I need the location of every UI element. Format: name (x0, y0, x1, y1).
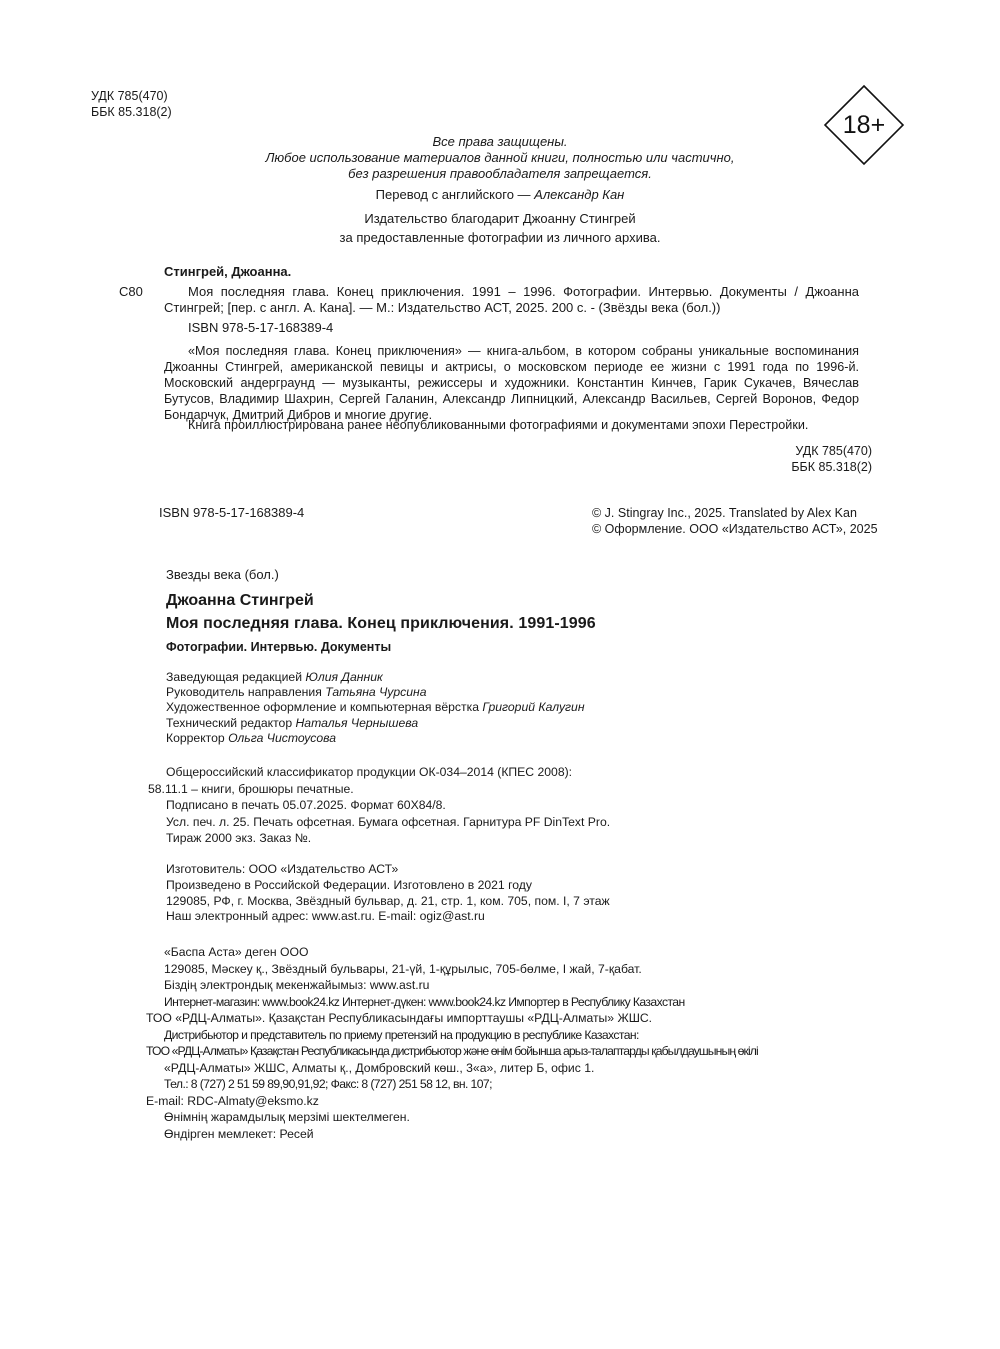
kz-line: E-mail: RDC-Almaty@eksmo.kz (146, 1093, 758, 1110)
bbk-code: ББК 85.318(2) (91, 104, 172, 120)
credit-line: Заведующая редакцией Юлия Данник (166, 670, 585, 685)
thanks-line: за предоставленные фотографии из личного… (150, 228, 850, 247)
spec-line: Тираж 2000 экз. Заказ №. (148, 830, 610, 847)
spec-line: Общероссийский классификатор продукции О… (148, 764, 610, 781)
copyright-line: © Оформление. ООО «Издательство АСТ», 20… (592, 521, 878, 537)
spec-line: Усл. печ. л. 25. Печать офсетная. Бумага… (148, 814, 610, 831)
credit-name: Юлия Данник (305, 670, 382, 684)
spec-line: Подписано в печать 05.07.2025. Формат 60… (148, 797, 610, 814)
credit-role: Технический редактор (166, 716, 296, 730)
manufacturer-info: Изготовитель: ООО «Издательство АСТ» Про… (166, 862, 610, 925)
udk-bbk-bottom: УДК 785(470) ББК 85.318(2) (700, 443, 872, 475)
manufacturer-line: Произведено в Российской Федерации. Изго… (166, 878, 610, 894)
kz-line: ТОО «РДЦ-Алматы» Қазақстан Республикасын… (146, 1043, 758, 1060)
udk-code: УДК 785(470) (700, 443, 872, 459)
manufacturer-line: Изготовитель: ООО «Издательство АСТ» (166, 862, 610, 878)
kz-line: Интернет-магазин: www.book24.kz Интернет… (146, 994, 758, 1011)
kz-line: Дистрибьютор и представитель по приему п… (146, 1027, 758, 1044)
udk-bbk-top: УДК 785(470) ББК 85.318(2) (91, 88, 172, 120)
annotation-note: Книга проиллюстрирована ранее неопублико… (188, 418, 808, 432)
catalog-isbn: ISBN 978-5-17-168389-4 (188, 320, 333, 335)
catalog-code: С80 (119, 284, 143, 299)
series-name: Звезды века (бол.) (166, 567, 279, 582)
rights-line: Любое использование материалов данной кн… (150, 150, 850, 166)
kz-line: Біздің электрондық мекенжайымыз: www.ast… (146, 977, 758, 994)
rights-line: Все права защищены. (150, 134, 850, 150)
kz-line: Өндірген мемлекет: Ресей (146, 1126, 758, 1143)
isbn-main: ISBN 978-5-17-168389-4 (159, 505, 304, 520)
kz-line: ТОО «РДЦ-Алматы». Қазақстан Республикасы… (146, 1010, 758, 1027)
credit-line: Корректор Ольга Чистоусова (166, 731, 585, 746)
book-author: Джоанна Стингрей (166, 592, 314, 610)
translation-prefix: Перевод с английского — (376, 187, 535, 202)
credit-role: Руководитель направления (166, 685, 325, 699)
udk-code: УДК 785(470) (91, 88, 172, 104)
credit-line: Руководитель направления Татьяна Чурсина (166, 685, 585, 700)
credit-name: Григорий Калугин (482, 700, 584, 714)
translation-credit: Перевод с английского — Александр Кан (150, 187, 850, 202)
spec-line: 58.11.1 – книги, брошюры печатные. (148, 781, 610, 798)
manufacturer-line: Наш электронный адрес: www.ast.ru. E-mai… (166, 909, 610, 925)
manufacturer-line: 129085, РФ, г. Москва, Звёздный бульвар,… (166, 894, 610, 910)
credit-line: Технический редактор Наталья Чернышева (166, 716, 585, 731)
kz-line: «РДЦ-Алматы» ЖШС, Алматы қ., Домбровский… (146, 1060, 758, 1077)
bibliographic-description: Моя последняя глава. Конец приключения. … (164, 284, 859, 316)
translator-name: Александр Кан (534, 187, 624, 202)
thanks-note: Издательство благодарит Джоанну Стингрей… (150, 209, 850, 247)
copyright-notice: © J. Stingray Inc., 2025. Translated by … (592, 505, 878, 537)
kz-line: Тел.: 8 (727) 2 51 59 89,90,91,92; Факс:… (146, 1076, 758, 1093)
credit-line: Художественное оформление и компьютерная… (166, 700, 585, 715)
catalog-author-heading: Стингрей, Джоанна. (164, 264, 291, 279)
thanks-line: Издательство благодарит Джоанну Стингрей (150, 209, 850, 228)
credit-name: Ольга Чистоусова (228, 731, 336, 745)
book-subtitle: Фотографии. Интервью. Документы (166, 640, 391, 654)
kazakhstan-info: «Баспа Аста» деген ООО 129085, Мәскеу қ.… (146, 944, 758, 1142)
print-specs: Общероссийский классификатор продукции О… (148, 764, 610, 847)
credit-role: Заведующая редакцией (166, 670, 305, 684)
kz-line: Өнімнің жарамдылық мерзімі шектелмеген. (146, 1109, 758, 1126)
kz-line: «Баспа Аста» деген ООО (146, 944, 758, 961)
credit-role: Корректор (166, 731, 228, 745)
copyright-line: © J. Stingray Inc., 2025. Translated by … (592, 505, 878, 521)
rights-notice: Все права защищены. Любое использование … (150, 134, 850, 182)
annotation: «Моя последняя глава. Конец приключения»… (164, 343, 859, 423)
credit-name: Наталья Чернышева (296, 716, 419, 730)
credit-name: Татьяна Чурсина (325, 685, 426, 699)
rights-line: без разрешения правообладателя запрещает… (150, 166, 850, 182)
book-title: Моя последняя глава. Конец приключения. … (166, 615, 596, 633)
credit-role: Художественное оформление и компьютерная… (166, 700, 482, 714)
bbk-code: ББК 85.318(2) (700, 459, 872, 475)
kz-line: 129085, Мәскеу қ., Звёздный бульвары, 21… (146, 961, 758, 978)
staff-credits: Заведующая редакцией Юлия Данник Руковод… (166, 670, 585, 746)
